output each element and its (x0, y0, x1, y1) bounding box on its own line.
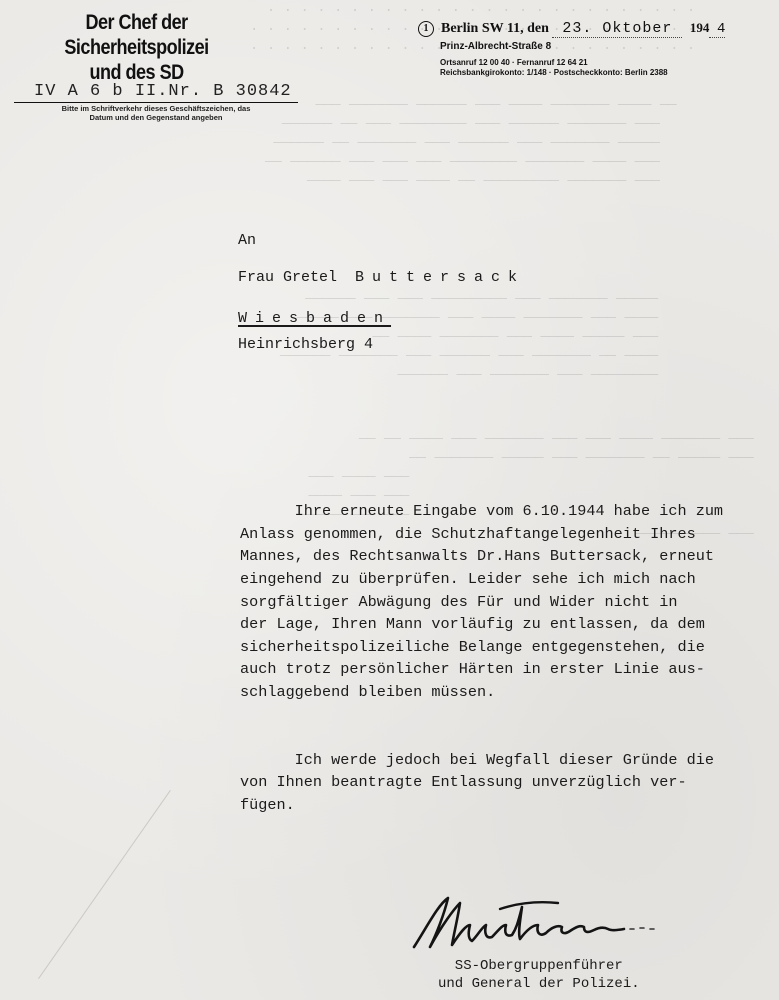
letter-page: · · · · · · · · · · · · · · · · · · · · … (0, 0, 779, 1000)
recipient-surname: Buttersack (355, 269, 525, 286)
body-line: Mannes, des Rechtsanwalts Dr.Hans Butter… (240, 545, 723, 568)
place-date-prefix: Berlin SW 11, den (441, 21, 549, 36)
letter-body: Ihre erneute Eingabe vom 6.10.1944 habe … (240, 455, 723, 862)
body-line: sicherheitspolizeiliche Belange entgegen… (240, 636, 723, 659)
recipient-title-first: Frau Gretel (238, 269, 337, 286)
reference-note-line-1: Bitte im Schriftverkehr dieses Geschäfts… (14, 104, 298, 113)
paper-crease (38, 790, 171, 979)
body-line: fügen. (240, 794, 723, 817)
file-reference: IV A 6 b II.Nr. B 30842 (14, 82, 298, 103)
signatory-rank: SS-Obergruppenführer (438, 957, 640, 975)
body-line: der Lage, Ihren Mann vorläufig zu entlas… (240, 613, 723, 636)
reference-note-line-2: Datum und den Gegenstand angeben (14, 113, 298, 122)
handwritten-signature (408, 895, 678, 950)
body-line: von Ihnen beantragte Entlassung unverzüg… (240, 771, 723, 794)
recipient-city: Wiesbaden (238, 310, 391, 327)
body-line: sorgfältiger Abwägung des Für und Wider … (240, 591, 723, 614)
reference-note: Bitte im Schriftverkehr dieses Geschäfts… (14, 104, 298, 122)
recipient-street: Heinrichsberg 4 (238, 336, 373, 353)
sender-address-block: 1Berlin SW 11, den 23. Oktober 1944 Prin… (418, 20, 725, 78)
body-line: eingehend zu überprüfen. Leider sehe ich… (240, 568, 723, 591)
bank-accounts: Reichsbankgirokonto: 1/148 · Postscheckk… (440, 68, 725, 78)
sender-street: Prinz-Albrecht-Straße 8 (440, 41, 725, 52)
body-paragraph-2: Ich werde jedoch bei Wegfall dieser Grün… (240, 749, 723, 817)
typed-date: 23. Oktober (552, 20, 682, 38)
signatory-title: SS-Obergruppenführerund General der Poli… (438, 957, 640, 993)
printed-year: 194 (690, 20, 710, 35)
bleed-through-text: —— ———— ——————— ———— ——— —————— ——————— … (265, 96, 677, 191)
body-line: Ich werde jedoch bei Wegfall dieser Grün… (240, 749, 723, 772)
body-line: Ihre erneute Eingabe vom 6.10.1944 habe … (240, 500, 723, 523)
body-paragraph-1: Ihre erneute Eingabe vom 6.10.1944 habe … (240, 500, 723, 703)
signatory-position: und General der Polizei. (438, 975, 640, 993)
authority-line-1: Der Chef der Sicherheitspolizei (64, 11, 208, 59)
body-line: Anlass genommen, die Schutzhaftangelegen… (240, 523, 723, 546)
recipient-name: Frau Gretel Buttersack (238, 269, 525, 286)
body-line: schlaggebend bleiben müssen. (240, 681, 723, 704)
phone-numbers: Ortsanruf 12 00 40 · Fernanruf 12 64 21 (440, 58, 725, 68)
body-line: auch trotz persönlicher Härten in erster… (240, 658, 723, 681)
typed-year-digit: 4 (709, 21, 725, 38)
circled-number-icon: 1 (418, 21, 434, 37)
recipient-to: An (238, 232, 256, 249)
authority-letterhead: Der Chef der Sicherheitspolizei und des … (14, 10, 259, 85)
